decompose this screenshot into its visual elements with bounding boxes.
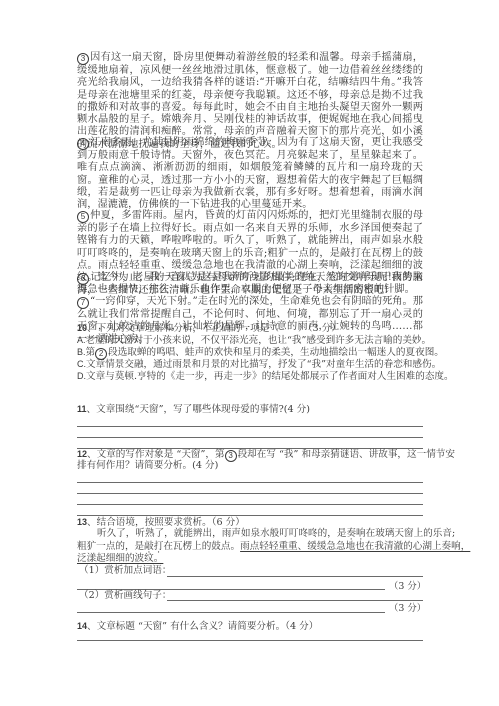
sub-question-1-score: （3 分）	[389, 578, 426, 592]
quote-line-2: 粗犷一点的，是敲打在瓦楞上的鼓点。雨点轻轻重重、缓缓急急地也在我清澈的心湖上奏响…	[77, 541, 423, 553]
answer-blank-1[interactable]	[167, 576, 423, 577]
question-number: 14	[77, 621, 87, 631]
quote-text: 听久了，听熟了，就能辨出，雨声如泉水般叮叮咚咚的，是	[97, 528, 346, 539]
question-stem: 、文章标题 “天窗” 有什么含义？请简要分析。（4 分）	[87, 621, 318, 632]
option-text: 文章与莫顿.亨特的《走一步，再走一步》的结尾处都展示了作者面对人生困难的态度。	[86, 371, 454, 382]
underlined-sentence: 雨点轻轻重重、缓缓急急地也在我清澈的心湖上奏响，	[240, 541, 470, 552]
option-text-prefix: 第	[86, 347, 96, 358]
underlined-sentence-cont: 泛漾起细细的波纹。	[77, 553, 163, 564]
paragraph-text: 因有这一扇天窗，卧房里便舞动着游丝般的轻柔和温馨。母亲手摇蒲扇，缓缓地扇着，凉风…	[77, 52, 423, 150]
emphasized-char: 打	[154, 541, 164, 552]
emphasized-char: 响	[356, 528, 366, 539]
question-stem: 、文章的写作对象是 “天窗”，第	[87, 449, 225, 460]
answer-line[interactable]	[77, 640, 423, 641]
paragraph-number: 4	[77, 138, 89, 150]
answer-line[interactable]	[77, 493, 423, 494]
paragraph-number: 7	[77, 297, 89, 309]
option-text: 老屋的天窗对于小孩来说，不仅平添光亮，也让“我”感受到许多无法言喻的美妙。	[86, 335, 432, 346]
answer-line[interactable]	[77, 437, 423, 438]
question-12-line2: 排有何作用？请简要分析。(4 分)	[77, 460, 423, 472]
question-stem: 、文章围绕“天窗”，写了哪些体现母爱的事情?(4 分)	[87, 404, 310, 415]
paragraph-4: 4江南多雨，尤其是阴雨绵绵的梅雨季节。因为有了这扇天窗，更让我感受到万般雨意千般…	[77, 137, 423, 211]
paragraph-6: 6记忆中，老屋的天窗总是与母亲的身影相伴;现在，它时常浮现于我的脑海，一些细节还…	[77, 272, 423, 297]
paragraph-number: 5	[77, 211, 89, 223]
question-number: 11	[77, 404, 87, 414]
option-letter: C.	[77, 359, 86, 369]
quote-line-3: 泛漾起细细的波纹。	[77, 553, 423, 565]
answer-line[interactable]	[77, 482, 423, 483]
quote-text: 在瓦楞上的鼓点。	[163, 541, 240, 552]
question-11: 11、文章围绕“天窗”，写了哪些体现母爱的事情?(4 分)	[77, 403, 423, 416]
quote-text: 粗犷一点的，是	[77, 541, 144, 552]
question-number: 10	[77, 323, 87, 333]
paragraph-number: 3	[77, 53, 89, 65]
paragraph-text: 记忆中，老屋的天窗总是与母亲的身影相伴;现在，它时常浮现于我的脑海，一些细节还那…	[77, 272, 423, 296]
quote-text: 在玻璃天窗上的乐音;	[366, 528, 456, 539]
option-text: 文章情景交融，通过雨景和月景的对比描写，抒发了“我”对童年生活的眷恋和感伤。	[86, 359, 441, 370]
answer-blank-2[interactable]	[167, 600, 423, 601]
option-letter: B.	[77, 347, 86, 357]
emphasized-char: 敲	[144, 541, 154, 552]
sub-question-2-score: （3 分）	[389, 600, 426, 614]
answer-blank-2-cont[interactable]	[77, 612, 385, 613]
question-number: 12	[77, 449, 87, 459]
question-stem: 、结合语境，按照要求赏析。（6 分）	[87, 517, 245, 528]
option-d: D.文章与莫顿.亨特的《走一步，再走一步》的结尾处都展示了作者面对人生困难的态度…	[77, 370, 423, 383]
answer-line[interactable]	[77, 426, 423, 427]
question-stem-line2: 排有何作用？请简要分析。(4 分)	[77, 460, 218, 471]
emphasized-char: 奏	[346, 528, 356, 539]
paragraph-number: 6	[77, 273, 89, 285]
quote-line-1: 听久了，听熟了，就能辨出，雨声如泉水般叮叮咚咚的，是奏响在玻璃天窗上的乐音;	[77, 528, 423, 540]
question-stem: 、下列对文章理解和分析，不正确的一项是（ ）（3 分）	[87, 323, 341, 334]
option-letter: A.	[77, 335, 86, 345]
option-letter: D.	[77, 371, 86, 381]
question-number: 13	[77, 517, 87, 527]
sub-question-2-label: （2）赏析画线句子：	[79, 590, 171, 602]
option-text: 段选取蝉的鸣唱、蛙声的欢快和星月的柔美，生动地描绘出一幅迷人的夏夜图。	[108, 347, 444, 358]
sub-question-1-label: （1）赏析加点词语：	[79, 565, 171, 577]
paragraph-text: 江南多雨，尤其是阴雨绵绵的梅雨季节。因为有了这扇天窗，更让我感受到万般雨意千般诗…	[77, 137, 423, 210]
question-14: 14、文章标题 “天窗” 有什么含义？请简要分析。（4 分）	[77, 620, 423, 633]
answer-line[interactable]	[77, 504, 423, 505]
question-stem-cont: 段却在写 “我” 和母亲猜谜语、讲故事，这一情节安	[238, 449, 455, 460]
